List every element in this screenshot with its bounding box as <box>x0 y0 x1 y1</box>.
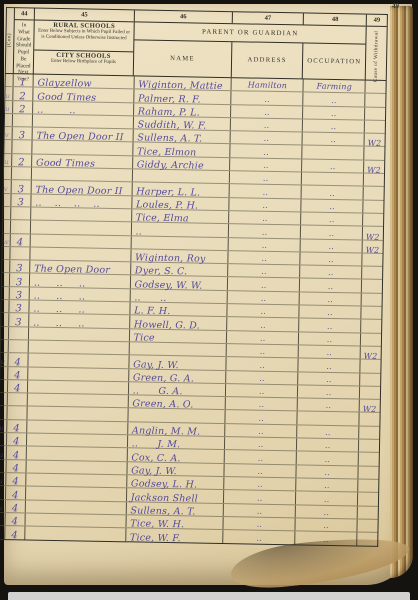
address-value: .. <box>259 400 265 409</box>
name-cell <box>132 169 230 183</box>
withdrawal-cell <box>360 360 380 373</box>
occupation-value: .. <box>325 455 331 464</box>
margin-cell: w <box>3 234 11 246</box>
address-cell: .. <box>231 145 303 159</box>
address-cell: .. <box>226 424 298 438</box>
name-value: Tice, W. F. <box>130 533 181 545</box>
occupation-value: .. <box>326 361 332 370</box>
name-cell: Giddy, Archie <box>133 156 231 170</box>
school-cell <box>28 367 129 381</box>
grade-cell: 4 <box>8 353 28 366</box>
school-cell: .. .. <box>33 101 134 115</box>
address-value: .. <box>261 254 267 263</box>
withdrawal-cell <box>366 81 386 94</box>
occupation-cell: .. <box>299 359 361 372</box>
header-row: (Con) 44 In What Grade Should Pupil Be P… <box>5 7 388 81</box>
occupation-cell: .. <box>301 239 363 252</box>
name-cell: Green, G. A. <box>129 369 227 383</box>
address-cell: .. <box>224 517 296 531</box>
column-number-46: 46 <box>135 10 233 23</box>
grade-cell: 4 <box>5 513 25 526</box>
grade-cell: 4 <box>7 433 27 446</box>
address-cell: .. <box>226 411 298 425</box>
address-value: .. <box>263 174 269 183</box>
address-value: .. <box>264 108 270 117</box>
school-cell <box>26 500 127 514</box>
address-value: .. <box>262 201 268 210</box>
address-cell: .. <box>232 91 304 105</box>
grade-cell: 3 <box>9 300 29 313</box>
name-cell: Loules, P. H. <box>132 196 230 210</box>
occupation-value: .. <box>329 229 335 238</box>
margin-pen-mark: u <box>4 158 9 166</box>
margin-cell <box>4 140 12 152</box>
school-cell: Good Times <box>33 88 134 102</box>
occupation-cell <box>302 173 364 186</box>
grade-cell <box>11 220 31 233</box>
school-cell: .. .. .. .. <box>31 194 132 208</box>
address-cell: .. <box>228 317 300 331</box>
occupation-value: .. <box>328 242 334 251</box>
margin-cell: v <box>4 180 12 192</box>
occupation-cell: .. <box>297 452 359 465</box>
address-cell: .. <box>229 238 301 252</box>
name-cell: Dyer, S. C. <box>131 262 229 276</box>
address-value: .. <box>258 440 264 449</box>
school-cell <box>33 114 134 128</box>
occupation-cell: .. <box>300 279 362 292</box>
address-value: Hamilton <box>248 81 287 91</box>
margin-pen-mark: v <box>4 185 8 193</box>
name-cell <box>131 236 229 250</box>
address-value: .. <box>262 227 268 236</box>
withdrawal-cell <box>365 120 385 133</box>
occupation-cell: .. <box>298 385 360 398</box>
address-value: .. <box>263 148 269 157</box>
school-cell <box>26 473 127 487</box>
occupation-value: .. <box>331 109 337 118</box>
occupation-cell: .. <box>300 266 362 279</box>
grade-cell: 4 <box>11 234 31 247</box>
name-cell: Tice, Elmon <box>133 143 231 157</box>
address-cell: .. <box>224 504 296 518</box>
withdrawal-cell <box>361 333 381 346</box>
margin-cell <box>1 340 9 352</box>
address-value: .. <box>257 480 263 489</box>
margin-cell <box>3 220 11 232</box>
address-value: .. <box>258 413 264 422</box>
occupation-cell: .. <box>296 518 358 531</box>
address-value: .. <box>260 334 266 343</box>
grade-cell: 2 <box>13 87 33 100</box>
grade-cell: 2 <box>13 101 33 114</box>
occupation-value: .. <box>325 441 331 450</box>
school-cell: .. .. .. <box>30 274 131 288</box>
margin-cell <box>6 74 14 86</box>
address-value: .. <box>256 534 262 543</box>
occupation-cell: .. <box>302 186 364 199</box>
school-cell <box>27 433 128 447</box>
address-value: .. <box>264 134 270 143</box>
address-cell: .. <box>225 477 297 491</box>
name-cell: .. <box>132 223 230 237</box>
margin-cell <box>2 260 10 272</box>
occupation-cell: .. <box>299 332 361 345</box>
name-cell: Tice, W. F. <box>126 528 224 543</box>
occupation-value: .. <box>323 535 329 544</box>
occupation-value: .. <box>330 162 336 171</box>
margin-cell <box>2 273 10 285</box>
name-cell: Green, A. O. <box>128 395 226 409</box>
occupation-cell: .. <box>302 159 364 172</box>
margin-pen-mark: u <box>0 504 3 512</box>
address-cell: .. <box>231 131 303 145</box>
margin-pen-mark: u <box>5 105 10 113</box>
address-value: .. <box>257 520 263 529</box>
grade-cell: 3 <box>11 194 31 207</box>
withdrawal-cell: W2 <box>363 227 383 240</box>
withdrawal-cell <box>359 413 379 426</box>
margin-pen-mark: u <box>5 92 10 100</box>
school-cell <box>28 394 129 408</box>
withdrawal-cell <box>363 214 383 227</box>
occupation-value: .. <box>328 268 334 277</box>
withdrawal-cell <box>362 267 382 280</box>
margin-cell: v <box>5 127 13 139</box>
address-value: .. <box>260 347 266 356</box>
margin-pen-mark: u <box>0 424 4 432</box>
grade-cell: 4 <box>8 367 28 380</box>
school-column-header: 45 RURAL SCHOOLS Enter Below Subjects in… <box>34 9 135 76</box>
address-value: .. <box>260 307 266 316</box>
withdrawal-cell: W2 <box>361 346 381 359</box>
school-cell <box>26 460 127 474</box>
occupation-cell: .. <box>296 492 358 505</box>
address-value: .. <box>259 387 265 396</box>
withdrawal-cell <box>358 466 378 479</box>
margin-cell <box>5 114 13 126</box>
occupation-value: .. <box>325 428 331 437</box>
withdrawal-cell <box>357 533 377 547</box>
occupation-cell: .. <box>298 372 360 385</box>
grade-cell <box>8 393 28 406</box>
address-value: .. <box>258 427 264 436</box>
occupation-cell: .. <box>301 226 363 239</box>
occupation-cell: .. <box>296 478 358 491</box>
ledger-body: 1 Glayzellow Wiginton, Mattie Hamilton F… <box>0 74 387 547</box>
school-cell <box>25 527 126 542</box>
margin-cell <box>1 313 9 325</box>
name-cell: Sullens, A. T. <box>126 502 224 516</box>
name-cell: Howell, G. D. <box>130 316 228 330</box>
occupation-value: .. <box>329 189 335 198</box>
grade-cell <box>9 340 29 353</box>
grade-column-header: 44 In What Grade Should Pupil Be Placed … <box>14 8 35 73</box>
name-cell: Wiginton, Mattie <box>134 76 232 90</box>
name-column-header: NAME <box>134 40 232 77</box>
address-value: .. <box>261 294 267 303</box>
address-cell: .. <box>229 251 301 265</box>
name-cell: Gay, J. W. <box>129 356 227 370</box>
address-cell: .. <box>230 198 302 212</box>
grade-cell: 4 <box>6 473 26 486</box>
withdrawal-cell <box>365 107 385 120</box>
address-cell: .. <box>230 158 302 172</box>
grade-cell <box>12 141 32 154</box>
name-cell: Tice, W. H. <box>126 515 224 529</box>
withdrawal-cell <box>364 147 384 160</box>
school-cell <box>32 141 133 155</box>
withdrawal-cell <box>358 479 378 492</box>
school-cell: The Open Door <box>30 261 131 275</box>
occupation-value: .. <box>331 96 337 105</box>
withdrawal-cell <box>358 506 378 519</box>
occupation-value: .. <box>324 481 330 490</box>
name-cell: L. F. H. <box>130 302 228 316</box>
withdrawal-cell: W2 <box>365 134 385 147</box>
name-cell: Harper, L. L. <box>132 183 230 197</box>
grade-cell: 4 <box>8 380 28 393</box>
column-number-48: 48 <box>304 13 366 25</box>
address-value: .. <box>260 320 266 329</box>
school-cell: The Open Door II <box>32 181 133 195</box>
margin-cell: u <box>4 154 12 166</box>
occupation-value: .. <box>329 202 335 211</box>
margin-cell: u <box>5 101 13 113</box>
school-cell: .. .. .. <box>30 287 131 301</box>
withdrawal-header-label: Cause of Withdrawal <box>373 31 380 82</box>
address-cell: .. <box>227 357 299 371</box>
address-cell: .. <box>229 264 301 278</box>
address-cell: .. <box>228 291 300 305</box>
school-cell <box>27 407 128 421</box>
address-value: .. <box>263 187 269 196</box>
address-cell: .. <box>227 344 299 358</box>
column-number-47: 47 <box>232 12 304 24</box>
address-cell: .. <box>229 211 301 225</box>
name-cell: Jackson Shell <box>127 488 225 502</box>
withdrawal-cell <box>358 519 378 532</box>
margin-cell <box>4 167 12 179</box>
margin-cell <box>0 380 8 392</box>
margin-cell <box>1 327 9 339</box>
occupation-value: .. <box>324 468 330 477</box>
school-cell <box>25 513 126 527</box>
margin-pen-mark: u <box>0 357 5 365</box>
address-value: .. <box>263 161 269 170</box>
address-value: .. <box>259 360 265 369</box>
withdrawal-cell <box>359 440 379 453</box>
address-value: .. <box>262 214 268 223</box>
margin-cell: u <box>5 87 13 99</box>
address-cell: .. <box>225 464 297 478</box>
margin-cell: u <box>0 353 8 365</box>
grade-value: 4 <box>11 531 18 542</box>
address-cell: .. <box>225 437 297 451</box>
withdrawal-cell <box>363 200 383 213</box>
occupation-cell: .. <box>297 465 359 478</box>
withdrawal-cell <box>362 253 382 266</box>
withdrawal-cell <box>361 320 381 333</box>
occupation-value: .. <box>327 322 333 331</box>
address-cell: .. <box>230 171 302 185</box>
margin-pen-mark: u <box>0 451 4 459</box>
occupation-cell: .. <box>303 119 365 132</box>
school-cell: Glayzellow <box>33 75 134 89</box>
name-cell: Tice, Elma <box>132 209 230 223</box>
parent-guardian-subheaders: NAME ADDRESS OCCUPATION <box>134 40 366 79</box>
photo-bottom-strip <box>8 592 410 600</box>
address-value: .. <box>261 280 267 289</box>
margin-pen-mark: v <box>5 131 9 139</box>
occupation-cell: .. <box>301 252 363 265</box>
grade-cell: 4 <box>6 460 26 473</box>
address-value: .. <box>264 94 270 103</box>
school-cell <box>32 168 133 182</box>
address-cell: .. <box>231 105 303 119</box>
margin-cell <box>2 287 10 299</box>
column-number-49: 49 <box>367 15 387 27</box>
page-number: 49 <box>392 2 399 10</box>
withdrawal-cell: W2 <box>364 160 384 173</box>
address-cell: .. <box>229 224 301 238</box>
occupation-cell: .. <box>303 106 365 119</box>
occupation-cell: .. <box>298 399 360 412</box>
address-value: .. <box>264 121 270 130</box>
withdrawal-cell <box>364 174 384 187</box>
occupation-cell: .. <box>296 505 358 518</box>
name-cell: .. J. M. <box>128 435 226 449</box>
occupation-value: .. <box>328 295 334 304</box>
grade-cell: 3 <box>9 313 29 326</box>
grade-cell <box>12 167 32 180</box>
occupation-cell <box>302 146 364 159</box>
occupation-cell: .. <box>295 531 357 545</box>
withdrawal-cell <box>360 386 380 399</box>
address-value: .. <box>259 374 265 383</box>
grade-cell: 4 <box>7 446 27 459</box>
rural-schools-block: RURAL SCHOOLS Enter Below Subjects in Wh… <box>34 21 134 53</box>
grade-cell: 3 <box>13 127 33 140</box>
grade-cell: 4 <box>6 500 26 513</box>
school-cell <box>27 420 128 434</box>
address-cell: .. <box>224 530 296 545</box>
occupation-value: .. <box>326 388 332 397</box>
margin-pen-mark: w <box>3 238 9 246</box>
occupation-value: .. <box>328 282 334 291</box>
occupation-value: .. <box>324 494 330 503</box>
occupation-value: .. <box>328 255 334 264</box>
address-column-header: ADDRESS <box>231 42 303 78</box>
occupation-cell: .. <box>299 345 361 358</box>
ledger-table: (Con) 44 In What Grade Should Pupil Be P… <box>0 7 388 547</box>
address-cell: .. <box>228 304 300 318</box>
grade-cell: 3 <box>10 287 30 300</box>
occupation-cell: .. <box>301 212 363 225</box>
occupation-cell: .. <box>300 305 362 318</box>
withdrawal-cell: W2 <box>363 240 383 253</box>
occupation-value: .. <box>331 122 337 131</box>
city-schools-subtext: Enter Below Birthplace of Pupils <box>34 59 133 67</box>
occupation-value: Farming <box>316 82 352 92</box>
occupation-cell: .. <box>300 292 362 305</box>
school-cell <box>29 327 130 341</box>
address-value: .. <box>261 267 267 276</box>
address-cell: .. <box>225 450 297 464</box>
name-cell: Cox, C. A. <box>127 449 225 463</box>
school-cell <box>27 447 128 461</box>
school-cell: .. .. .. <box>29 301 130 315</box>
margin-cell <box>3 207 11 219</box>
occupation-value: .. <box>324 508 330 517</box>
city-schools-block: CITY SCHOOLS Enter Below Birthplace of P… <box>34 51 134 76</box>
address-value: .. <box>257 506 263 515</box>
name-cell: Tice <box>130 329 228 343</box>
occupation-cell: .. <box>299 319 361 332</box>
occupation-cell: .. <box>297 438 359 451</box>
name-cell: Suddith, W. F. <box>133 116 231 130</box>
school-cell <box>28 354 129 368</box>
address-cell: .. <box>226 397 298 411</box>
withdrawal-cell <box>359 426 379 439</box>
school-cell <box>26 487 127 501</box>
withdrawal-cell <box>358 493 378 506</box>
name-cell: Godsey, L. H. <box>127 475 225 489</box>
name-cell: Wiginton, Roy <box>131 249 229 263</box>
name-cell <box>129 342 227 356</box>
withdrawal-cell <box>360 373 380 386</box>
grade-cell <box>11 207 31 220</box>
grade-cell: 4 <box>5 526 25 540</box>
name-cell: Raham, P. L. <box>134 103 232 117</box>
address-cell: .. <box>227 371 299 385</box>
occupation-cell: .. <box>303 93 365 106</box>
occupation-column-header: OCCUPATION <box>303 43 365 79</box>
occupation-value: .. <box>323 521 329 530</box>
occupation-value: .. <box>326 401 332 410</box>
withdrawal-cell <box>362 280 382 293</box>
occupation-value: .. <box>329 215 335 224</box>
margin-cell <box>1 300 9 312</box>
name-cell <box>128 409 226 423</box>
address-cell: .. <box>226 384 298 398</box>
occupation-cell <box>298 412 360 425</box>
occupation-value: .. <box>327 348 333 357</box>
grade-cell: 4 <box>6 486 26 499</box>
occupation-value: .. <box>327 308 333 317</box>
grade-cell <box>9 327 29 340</box>
occupation-cell: .. <box>302 199 364 212</box>
school-cell <box>31 207 132 221</box>
occupation-cell: Farming <box>304 79 366 92</box>
name-cell: Godsey, W. W. <box>131 276 229 290</box>
name-cell: Anglin, M. M. <box>128 422 226 436</box>
school-cell <box>29 340 130 354</box>
name-cell: Sullens, A. T. <box>133 130 231 144</box>
rural-schools-subtext: Enter Below Subjects in Which Pupil Fail… <box>34 29 134 42</box>
school-cell: Good Times <box>32 154 133 168</box>
name-cell: .. G. A. <box>129 382 227 396</box>
parent-guardian-columns: 46 47 48 PARENT OR GUARDIAN NAME ADDRESS… <box>134 10 367 79</box>
grade-cell: 3 <box>10 260 30 273</box>
photo-frame: 49 (Con) 44 In What Grade Should Pupil B… <box>0 0 418 600</box>
school-cell <box>28 380 129 394</box>
grade-cell: 4 <box>7 420 27 433</box>
margin-cell <box>2 247 10 259</box>
grade-cell: 3 <box>10 274 30 287</box>
school-cell: The Open Door II <box>33 128 134 142</box>
school-cell: .. .. .. <box>29 314 130 328</box>
